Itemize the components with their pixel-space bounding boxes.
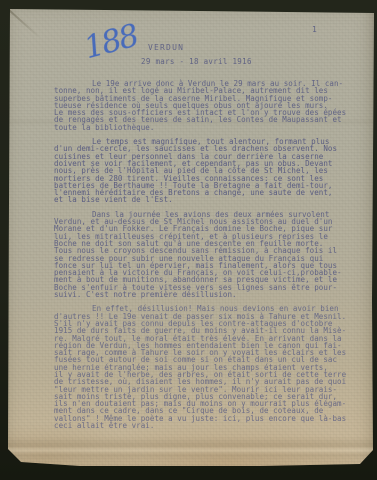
paragraph-air-duel: Dans la journée les avions des deux armé… xyxy=(54,211,366,299)
paragraph-disillusion: En effet, désillusion! Mais nous devions… xyxy=(54,305,366,429)
document-page: 1 188 VERDUN 29 mars - 18 avril 1916 Le … xyxy=(0,0,377,480)
scanner-background: 1 188 VERDUN 29 mars - 18 avril 1916 Le … xyxy=(0,0,377,480)
paper-crease-topleft xyxy=(5,6,41,38)
paragraph-arrival: Le 19e arrive donc à Verdun le 29 mars a… xyxy=(54,80,366,131)
document-body: Le 19e arrive donc à Verdun le 29 mars a… xyxy=(54,80,366,436)
page-number: 1 xyxy=(312,25,317,34)
paper-fold-bottom xyxy=(0,436,377,462)
paragraph-weather-batteries: Le temps est magnifique, tout alentour, … xyxy=(54,138,366,204)
document-date-range: 29 mars - 18 avril 1916 xyxy=(141,57,252,66)
document-title: VERDUN xyxy=(148,43,184,52)
handwritten-number: 188 xyxy=(80,18,141,67)
